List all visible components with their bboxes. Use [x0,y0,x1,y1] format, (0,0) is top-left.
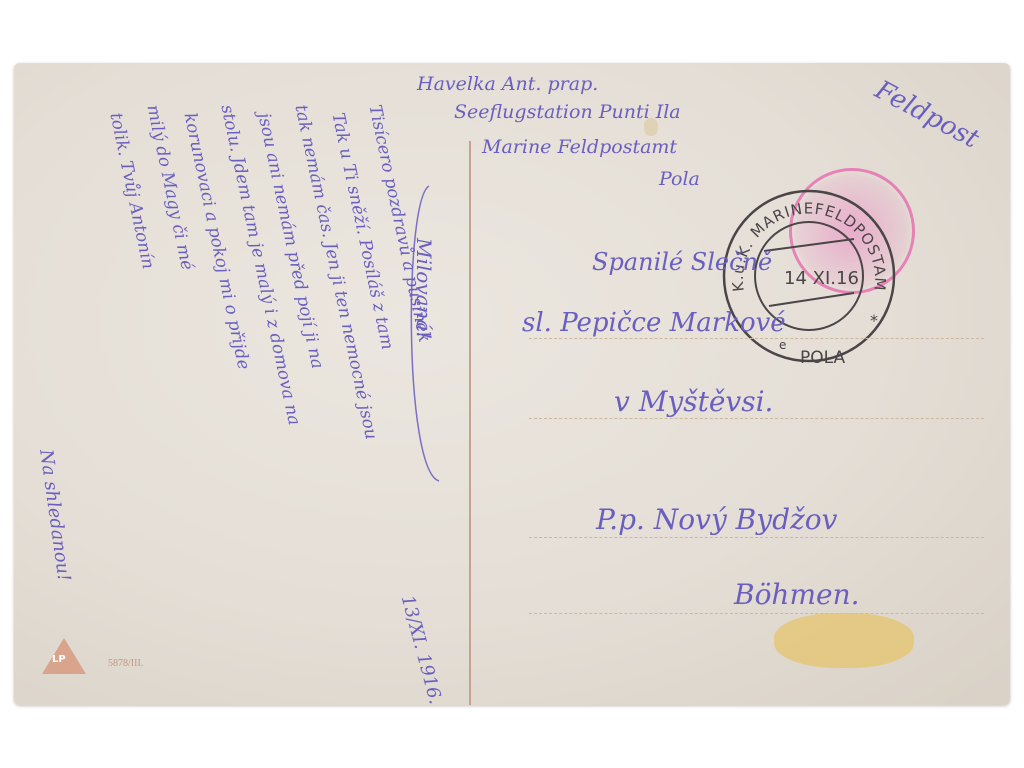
sender-line-1: Havelka Ant. prap. [417,73,598,95]
publisher-logo-text: LP [52,654,66,665]
feldpost-label: Feldpost [870,75,984,155]
recipient-line-4: P.p. Nový Bydžov [596,503,837,536]
postmark-stamp: K.u.K. MARINEFELDPOSTAMT 14 XI.16 e POLA… [714,181,904,371]
center-divider [469,141,471,705]
recipient-line-1: Spanilé Slečně [592,248,772,276]
recipient-line-2: sl. Pepičce Markové [522,308,786,338]
recipient-line-5: Böhmen. [734,578,860,611]
address-line-1 [529,338,984,339]
message-date: 13/XI. 1916. [397,593,446,705]
publisher-number: 5878/III. [108,658,143,669]
postcard: Havelka Ant. prap. Seeflugstation Punti … [14,63,1010,705]
address-line-4 [529,613,984,614]
message-closing: Na shledanou! [35,448,74,583]
paper-stain [774,613,914,668]
postmark-date: 14 XI.16 [784,268,859,289]
sender-line-3: Marine Feldpostamt [482,136,677,158]
svg-text:*: * [870,311,878,330]
address-line-2 [529,418,984,419]
paper-stain [644,118,658,136]
sender-line-4: Pola [659,168,700,190]
postmark-city: POLA [800,348,845,368]
address-line-3 [529,537,984,538]
recipient-line-3: v Myštěvsi. [614,385,773,418]
postmark-sub: e [779,338,786,352]
